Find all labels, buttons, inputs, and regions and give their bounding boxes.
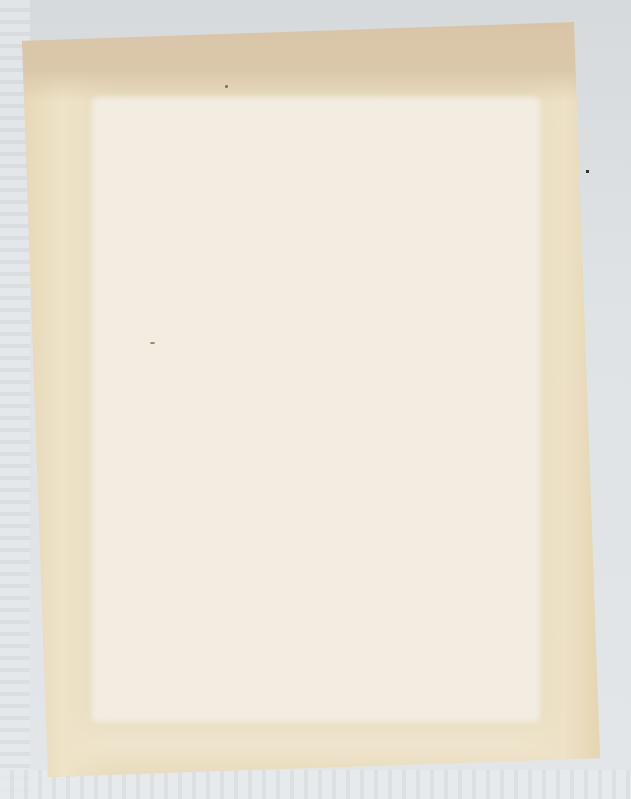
card-center-panel <box>92 97 540 722</box>
card-speck <box>225 85 228 88</box>
card-top-stain-band <box>22 22 600 102</box>
card-speck <box>150 342 155 344</box>
scan-dust-mark <box>586 170 589 173</box>
blank-card-back <box>22 22 600 777</box>
